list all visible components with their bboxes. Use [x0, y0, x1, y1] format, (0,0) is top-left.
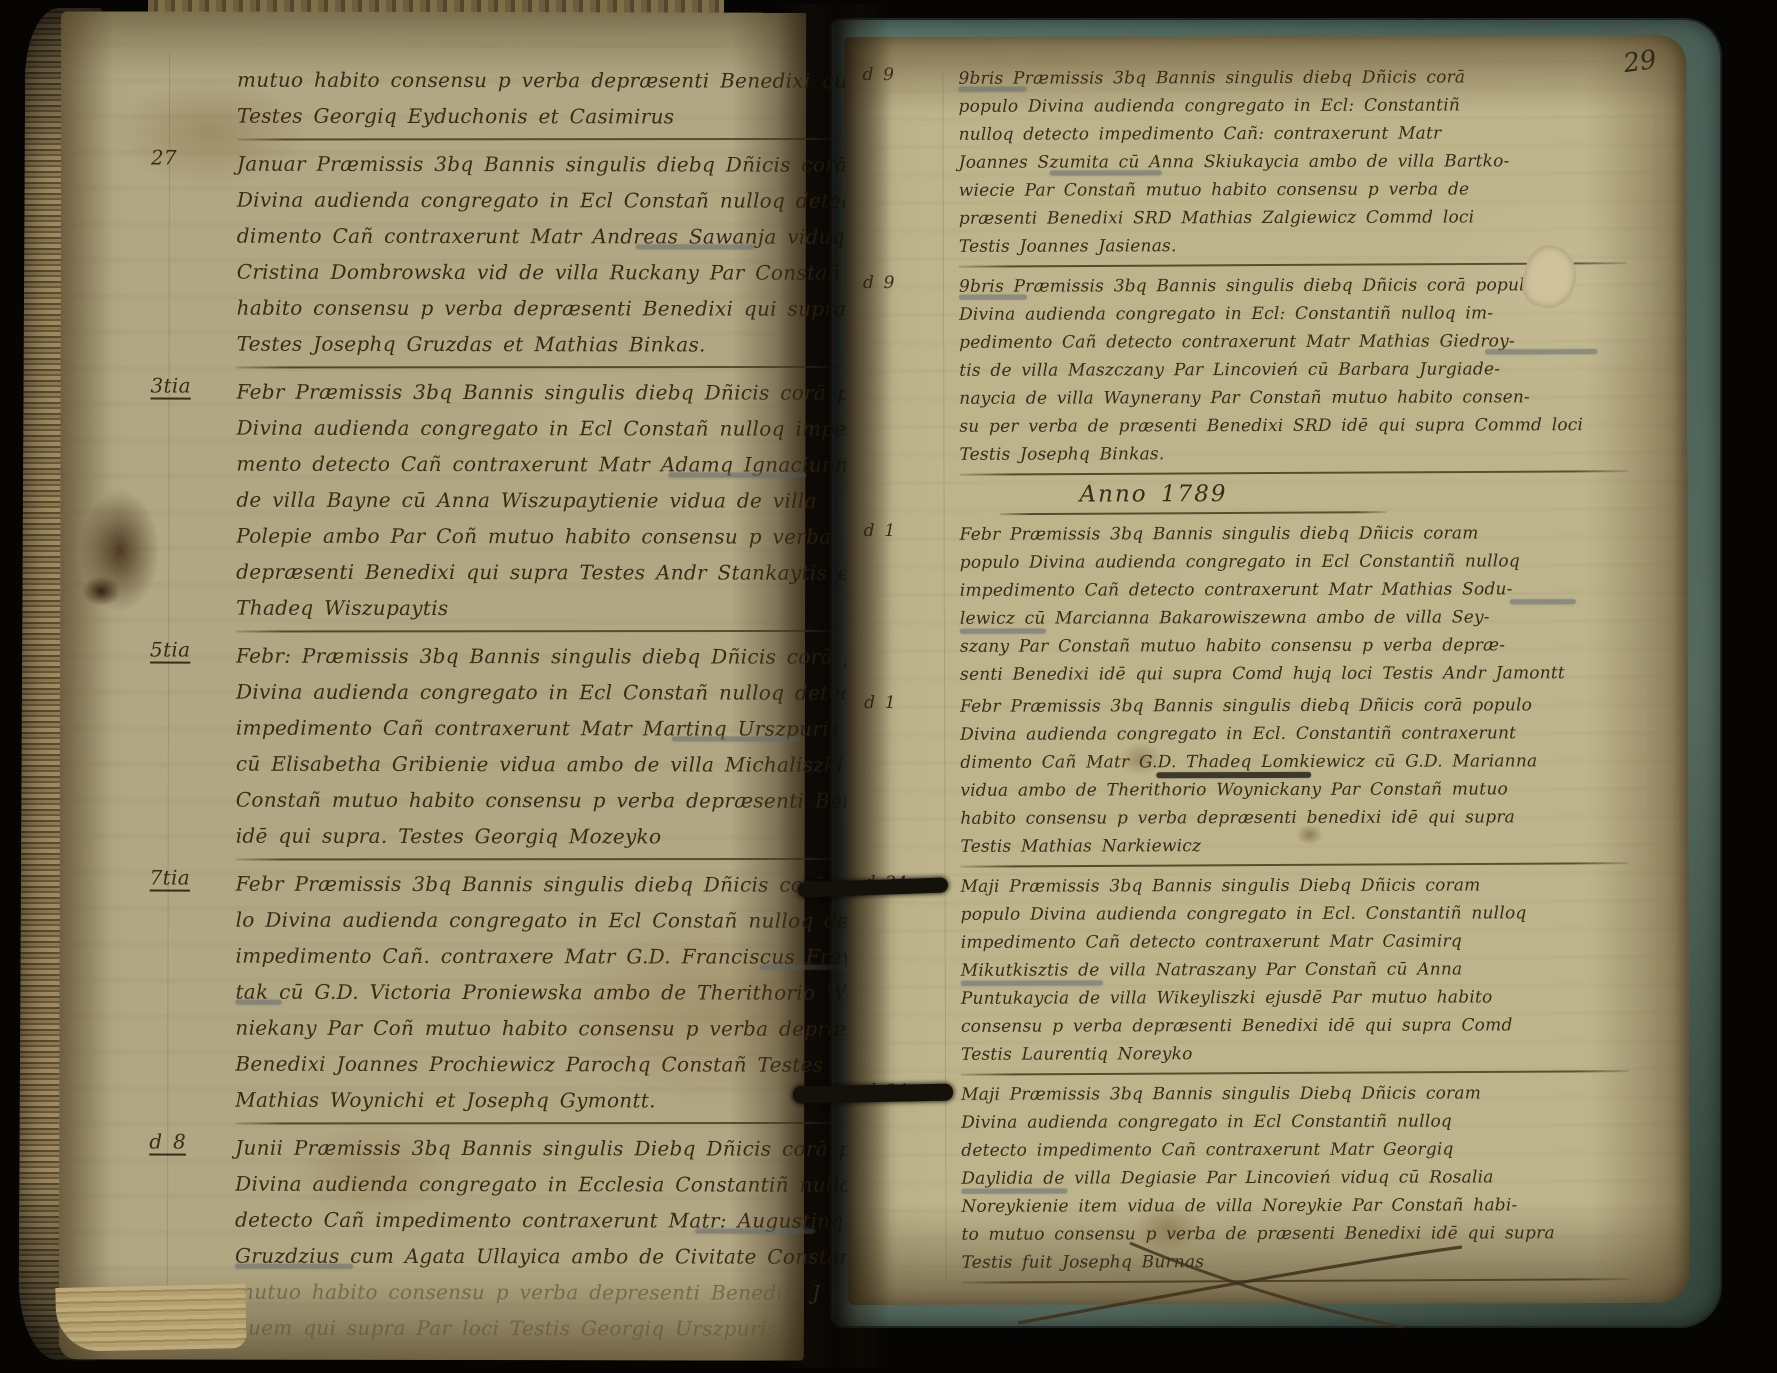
register-entry: d 8 Junii Præmissis 3bq Bannis singulis …: [235, 1130, 849, 1347]
entry-date-label: 27: [151, 146, 233, 170]
manuscript-line: Divina audienda congregato in Ecclesia C…: [235, 1166, 849, 1203]
entry-separator-rule: [959, 470, 1627, 475]
entry-separator-rule: [235, 1122, 849, 1125]
left-page: mutuo habito consensu p verba depræsenti…: [59, 11, 806, 1360]
manuscript-line: idē qui supra. Testes Georgiq Mozeyko: [236, 818, 850, 855]
manuscript-line: Testis Mathias Narkiewicz: [960, 831, 1628, 861]
manuscript-line: Testis Laurentiq Noreyko: [961, 1039, 1629, 1069]
entry-date-label: 3tia: [151, 374, 233, 398]
entry-date-label: d 1: [864, 521, 954, 541]
entry-separator-rule: [236, 858, 850, 861]
entry-separator-rule: [961, 1070, 1629, 1075]
manuscript-line: impedimento Cañ. contraxere Matr G.D. Fr…: [235, 938, 849, 975]
right-page: 29 d 9 9bris Præmissis 3bq Bannis singul…: [844, 35, 1689, 1305]
manuscript-line: Junii Præmissis 3bq Bannis singulis Dieb…: [235, 1130, 849, 1167]
manuscript-line: Divina audienda congregato in Ecl Consta…: [236, 410, 850, 447]
manuscript-line: lo Divina audienda congregato in Ecl Con…: [236, 902, 850, 939]
pencil-underline: [961, 980, 1103, 985]
year-header-rule: [1000, 511, 1387, 515]
manuscript-line: præsenti Benedixi SRD Mathias Zalgiewicz…: [959, 203, 1627, 233]
manuscript-line: Constañ mutuo habito consensu p verba de…: [236, 782, 850, 819]
pencil-underline: [961, 1189, 1067, 1194]
manuscript-line: Gruzdzius cum Agata Ullayica ambo de Civ…: [235, 1238, 849, 1275]
manuscript-line: cū Elisabetha Gribienie vidua ambo de vi…: [236, 746, 850, 783]
entry-separator-rule: [236, 630, 850, 633]
register-entry: d 9 9bris Præmissis 3bq Bannis singulis …: [958, 63, 1627, 261]
manuscript-line: szany Par Constañ mutuo habito consensu …: [960, 631, 1628, 661]
pencil-underline: [958, 87, 1026, 92]
manuscript-line: Puntukaycia de villa Wikeyliszki ejusdē …: [961, 983, 1629, 1013]
manuscript-line: dimento Cañ contraxerunt Matr Andreas Sa…: [237, 218, 851, 255]
manuscript-line: Febr Præmissis 3bq Bannis singulis diebq…: [236, 374, 850, 411]
manuscript-line: nulloq detecto impedimento Cañ: contraxe…: [959, 119, 1627, 149]
pencil-underline: [235, 1000, 281, 1005]
manuscript-line: de villa Bayne cū Anna Wiszupaytienie vi…: [236, 482, 850, 519]
manuscript-line: Polepie ambo Par Coñ mutuo habito consen…: [236, 518, 850, 555]
manuscript-line: Januar Præmissis 3bq Bannis singulis die…: [237, 146, 851, 183]
manuscript-line: Febr Præmissis 3bq Bannis singulis diebq…: [960, 519, 1628, 549]
entry-date-label: d 1: [864, 693, 954, 713]
manuscript-line: habito consensu p verba depræsenti Bened…: [237, 290, 851, 327]
manuscript-line: wiecie Par Constañ mutuo habito consensu…: [959, 175, 1627, 205]
manuscript-line: Febr Præmissis 3bq Bannis singulis diebq…: [236, 866, 850, 903]
register-entry: mutuo habito consensu p verba depræsenti…: [237, 62, 851, 135]
manuscript-line: Benedixi Joannes Prochiewicz Parochq Con…: [235, 1046, 849, 1083]
manuscript-line: Testis Joannes Jasienas.: [959, 231, 1627, 261]
manuscript-line: mutuo habito consensu p verba depresenti…: [235, 1274, 849, 1311]
ink-smear: [793, 1084, 953, 1104]
manuscript-line: Testes Josephq Gruzdas et Mathias Binkas…: [237, 326, 851, 363]
manuscript-line: Febr: Præmissis 3bq Bannis singulis dieb…: [236, 638, 850, 675]
entry-date-label: 7tia: [150, 866, 232, 890]
manuscript-line: depræsenti Benedixi qui supra Testes And…: [236, 554, 850, 591]
manuscript-line: Divina audienda congregato in Ecl: Const…: [959, 299, 1627, 329]
register-entry: 27 Januar Præmissis 3bq Bannis singulis …: [237, 146, 851, 363]
manuscript-line: senti Benedixi idē qui supra Comd hujq l…: [960, 659, 1628, 689]
pencil-underline: [1510, 599, 1576, 604]
manuscript-line: Cristina Dombrowska vid de villa Ruckany…: [237, 254, 851, 291]
photo-backdrop: mutuo habito consensu p verba depræsenti…: [0, 0, 1777, 1373]
entry-separator-rule: [961, 862, 1629, 867]
manuscript-line: vidua ambo de Therithorio Woynickany Par…: [960, 775, 1628, 805]
manuscript-line: 9bris Præmissis 3bq Bannis singulis dieb…: [958, 63, 1626, 93]
manuscript-line: tak cū G.D. Victoria Proniewska ambo de …: [235, 974, 849, 1011]
manuscript-line: habito consensu p verba depræsenti bened…: [960, 803, 1628, 833]
manuscript-line: Divina audienda congregato in Ecl Consta…: [961, 1107, 1629, 1137]
manuscript-line: Maji Præmissis 3bq Bannis singulis Diebq…: [961, 871, 1629, 901]
manuscript-line: mutuo habito consensu p verba depræsenti…: [237, 62, 851, 99]
ink-underline: [1156, 772, 1311, 778]
manuscript-line: populo Divina audienda congregato in Ecl…: [961, 899, 1629, 929]
manuscript-line: Divina audienda congregato in Ecl. Const…: [960, 719, 1628, 749]
bottom-left-page-edges: [55, 1284, 246, 1352]
pencil-underline: [960, 629, 1046, 634]
page-number: 29: [1621, 45, 1658, 79]
pencil-underline: [760, 965, 848, 970]
pencil-underline: [235, 1264, 353, 1269]
entry-separator-rule: [237, 366, 851, 369]
manuscript-line: populo Divina audienda congregato in Ecl…: [960, 547, 1628, 577]
manuscript-line: Maji Præmissis 3bq Bannis singulis Diebq…: [961, 1079, 1629, 1109]
manuscript-line: populo Divina audienda congregato in Ecl…: [958, 91, 1626, 121]
manuscript-line: niekany Par Coñ mutuo habito consensu p …: [235, 1010, 849, 1047]
manuscript-line: Testis Josephq Binkas.: [959, 439, 1627, 469]
manuscript-line: tis de villa Maszczany Par Lincovień cū …: [959, 355, 1627, 385]
manuscript-line: Testes Georgiq Eyduchonis et Casimirus: [237, 98, 851, 135]
manuscript-line: consensu p verba depræsenti Benedixi idē…: [961, 1011, 1629, 1041]
manuscript-line: impedimento Cañ detecto contraxerunt Mat…: [961, 927, 1629, 957]
pencil-underline: [959, 295, 1027, 300]
register-entry: 7tia Febr Præmissis 3bq Bannis singulis …: [235, 866, 849, 1119]
pencil-underline: [1050, 170, 1162, 175]
manuscript-line: Thadeq Wiszupaytis: [236, 590, 850, 627]
pencil-underline: [668, 472, 806, 477]
left-page-text: mutuo habito consensu p verba depræsenti…: [235, 62, 851, 1347]
year-header-block: Anno 1789: [960, 479, 1628, 515]
entry-date-label: d 9: [863, 273, 953, 293]
manuscript-line: Mathias Woynichi et Josephq Gymontt.: [235, 1082, 849, 1119]
right-page-text: d 9 9bris Præmissis 3bq Bannis singulis …: [958, 63, 1629, 1289]
manuscript-line: Febr Præmissis 3bq Bannis singulis diebq…: [960, 691, 1628, 721]
register-entry: 5tia Febr: Præmissis 3bq Bannis singulis…: [236, 638, 850, 855]
register-entry: 3tia Febr Præmissis 3bq Bannis singulis …: [236, 374, 850, 627]
manuscript-line: Noreykienie item vidua de villa Noreykie…: [961, 1191, 1629, 1221]
manuscript-line: detecto impedimento Cañ contraxerunt Mat…: [961, 1135, 1629, 1165]
pencil-underline: [695, 1228, 815, 1233]
manuscript-line: lewicz cū Marcianna Bakarowiszewna ambo …: [960, 603, 1628, 633]
manuscript-line: Divina audienda congregato in Ecl Consta…: [236, 674, 850, 711]
pencil-underline: [672, 736, 800, 741]
manuscript-line: naycia de villa Waynerany Par Constañ mu…: [959, 383, 1627, 413]
x-flourish-mark: [1010, 1235, 1470, 1335]
manuscript-line: su per verba de præsenti Benedixi SRD id…: [959, 411, 1627, 441]
entry-date-label: 5tia: [150, 638, 232, 662]
pencil-underline: [1485, 349, 1597, 354]
year-header: Anno 1789: [960, 479, 1628, 509]
manuscript-line: quem qui supra Par loci Testis Georgiq U…: [235, 1310, 849, 1347]
entry-date-label: d 9: [862, 65, 952, 85]
register-entry: d 24 Maji Præmissis 3bq Bannis singulis …: [961, 871, 1630, 1069]
entry-separator-rule: [237, 138, 851, 141]
entry-date-label: d 8: [149, 1130, 231, 1154]
margin-crease: [942, 73, 946, 1283]
pencil-underline: [636, 244, 754, 249]
manuscript-line: Divina audienda congregato in Ecl Consta…: [237, 182, 851, 219]
